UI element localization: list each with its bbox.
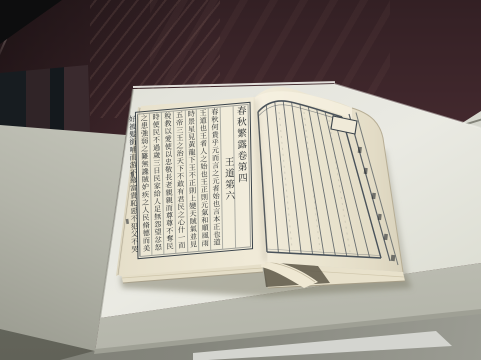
text-column: 之患強弱之難無讒賊妒疾之人民脩德而美	[137, 114, 151, 256]
book-right-page	[253, 87, 403, 272]
text-column: 春秋繁露卷第四	[233, 105, 249, 248]
left-page-text-block: 春秋繁露卷第四 王道第六 春秋何貴乎元而言之元者始也言本正也道 王道也王者人之始…	[135, 102, 253, 259]
text-column: 五帝三王之治天下不敢有君民之心什一而	[173, 111, 187, 253]
text-column: 王道第六	[220, 106, 235, 248]
text-column: 王道也王者人之始也王正則元氣和順風雨	[196, 109, 210, 251]
text-column: 稅教以愛使以忠敬長老親親而尊尊不奪民	[161, 112, 175, 254]
text-column: 春秋何貴乎元而言之元者始也言本正也道	[208, 107, 222, 249]
museum-display-photo: 春秋繁露卷第四 王道第六 春秋何貴乎元而言之元者始也言本正也道 王道也王者人之始…	[0, 0, 481, 360]
text-column: 時使民不過歲三日民家給人足無怨望忿怒	[149, 113, 163, 255]
text-column: 時景星見黃龍下王不正則上變天賊氣並見	[184, 110, 198, 252]
